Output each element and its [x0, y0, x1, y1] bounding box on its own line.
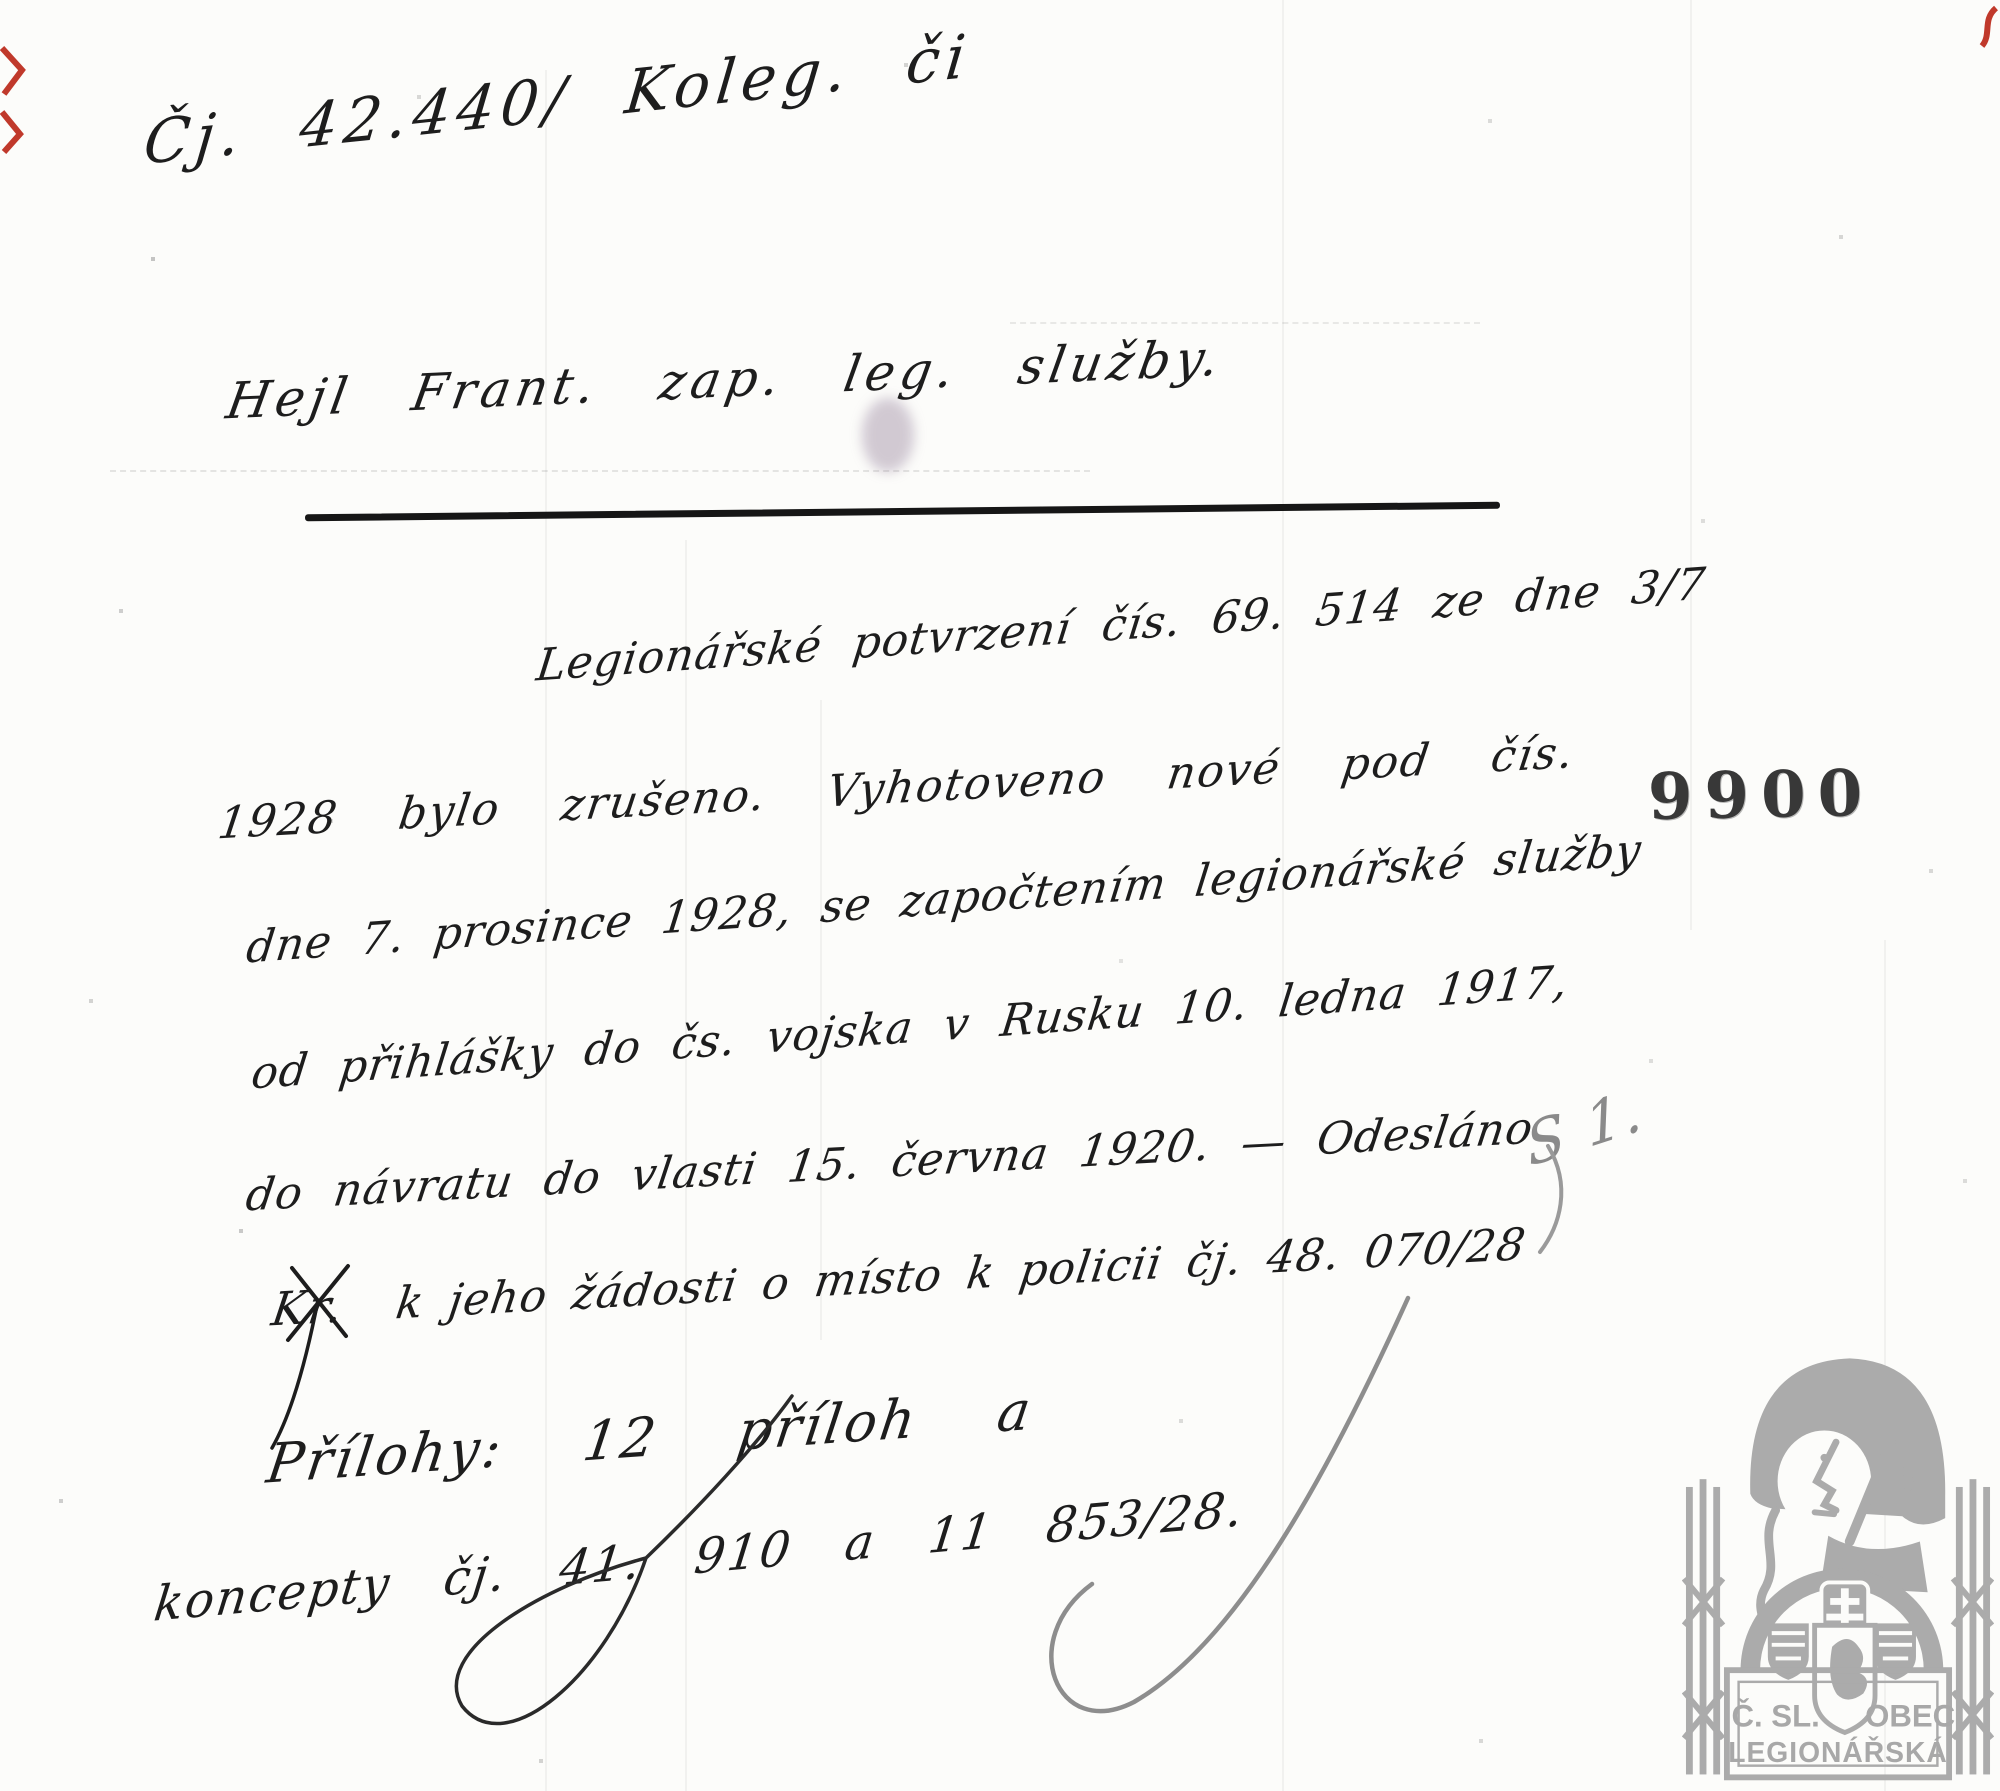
body-line-1: Legionářské potvrzení čís. 69. 514 ze dn…: [534, 558, 1709, 691]
scanned-document-page: Čj. 42.440/ Koleg. či Hejl Frant. zap. l…: [0, 0, 2000, 1791]
paper-specks: [0, 0, 2, 2]
reference-number-line: Čj. 42.440/ Koleg. či: [141, 21, 975, 179]
concepts-line: koncepty čj. 41. 910 a 11 853/28.: [151, 1481, 1247, 1633]
body-line-4: od přihlášky do čs. vojska v Rusku 10. l…: [249, 956, 1572, 1100]
body-line-2: 1928 bylo zrušeno. Vyhotoveno nové pod č…: [215, 727, 1578, 850]
ink-smudge: [862, 398, 914, 472]
red-edge-mark: [2, 112, 20, 152]
emblem-text-obec: OBEC: [1865, 1699, 1955, 1734]
crossed-out-note: Kr.: [268, 1278, 347, 1336]
subject-name-line: Hejl Frant. zap. leg. služby.: [222, 329, 1228, 431]
emblem-text-csl: Č. SL.: [1731, 1698, 1819, 1734]
body-line-6: k jeho žádosti o místo k policii čj. 48.…: [393, 1219, 1529, 1330]
stamp-number: 9900: [1647, 756, 1874, 835]
csol-legionnaire-emblem-watermark: Č. SL. OBEC LEGIONÁŘSKÁ: [1682, 1333, 1994, 1791]
attachments-line: Přílohy: 12 příloh a: [263, 1378, 1037, 1495]
red-edge-mark: [2, 48, 22, 94]
pencil-margin-note: S 1.: [1522, 1074, 1647, 1180]
red-edge-mark: [1982, 8, 1996, 46]
scan-artifact-line: [1010, 322, 1480, 324]
emblem-text-legionarska: LEGIONÁŘSKÁ: [1728, 1736, 1947, 1768]
body-line-5: do návratu do vlasti 15. června 1920. — …: [243, 1103, 1537, 1222]
subject-underline: [305, 502, 1500, 522]
body-line-3: dne 7. prosince 1928, se započtením legi…: [244, 824, 1645, 973]
scan-artifact-line: [110, 470, 1090, 472]
